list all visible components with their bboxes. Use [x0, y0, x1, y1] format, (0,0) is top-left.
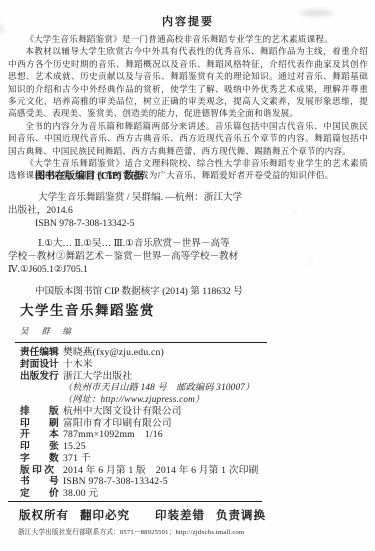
- cip-title-line: 出版社，2014.6: [8, 204, 367, 217]
- colophon-row: 封面设计十木米: [20, 359, 367, 371]
- row-value: 787mm×1092mm 1/16: [63, 429, 163, 441]
- colophon-rows: 责任编辑樊晓燕(fxy@zju.edu.cn) 封面设计十木米 出版发行浙江大学…: [20, 347, 367, 500]
- content-summary-section: 内容提要 《大学生音乐舞蹈鉴赏》是一门普通高校非音乐舞蹈专业学生的艺术素质课程。…: [8, 13, 368, 182]
- publisher-website: （网址：http://www.zjupress.com）: [63, 394, 204, 406]
- row-label: 排 版: [20, 406, 63, 418]
- scan-artifact: [0, 24, 3, 34]
- divider: [15, 342, 267, 343]
- colophon-row: 责任编辑樊晓燕(fxy@zju.edu.cn): [20, 347, 367, 359]
- row-label: 版 印 次: [20, 465, 63, 477]
- summary-title: 内容提要: [8, 13, 368, 29]
- summary-paragraph: 《大学生音乐舞蹈鉴赏》是一门普通高校非音乐舞蹈专业学生的艺术素质课程。: [8, 33, 368, 45]
- colophon-row: （杭州市天目山路 148 号 邮政编码 310007）: [20, 382, 367, 394]
- colophon-row: 版 印 次2014 年 6 月第 1 版 2014 年 6 月第 1 次印刷: [20, 465, 367, 477]
- publisher-address: （杭州市天目山路 148 号 邮政编码 310007）: [63, 382, 254, 394]
- row-value: 2014 年 6 月第 1 版 2014 年 6 月第 1 次印刷: [63, 465, 259, 477]
- row-value: 富阳市育才印刷有限公司: [63, 418, 172, 430]
- row-label: 字 数: [20, 453, 63, 465]
- publisher-contact: 浙江大学出版社发行部联系方式：0571－88925591；http://zjdx…: [8, 526, 367, 536]
- row-value: 371 千: [63, 453, 91, 465]
- row-value: 十木米: [63, 359, 93, 371]
- row-value: 樊晓燕(fxy@zju.edu.cn): [63, 347, 164, 359]
- row-value: 浙江大学出版社: [63, 371, 132, 383]
- notice-item: 版权所有: [19, 510, 69, 522]
- row-label: 封面设计: [20, 359, 63, 371]
- colophon-row: 书 号ISBN 978-7-308-13342-5: [20, 476, 367, 488]
- row-value: 15.25: [63, 441, 86, 453]
- copyright-page: 内容提要 《大学生音乐舞蹈鉴赏》是一门普通高校非音乐舞蹈专业学生的艺术素质课程。…: [0, 0, 375, 551]
- cip-classification: Ⅳ.①J605.1②J705.1: [8, 263, 367, 276]
- copyright-notice: 版权所有翻印必究印装差错负责调换: [8, 507, 367, 523]
- colophon-row: （网址：http://www.zjupress.com）: [20, 394, 367, 406]
- notice-item: 印装差错: [155, 510, 205, 522]
- row-label: 书 号: [20, 476, 63, 488]
- cip-record-number: 中国版本图书馆 CIP 数据核字 (2014) 第 118632 号: [35, 285, 367, 298]
- colophon-row: 定 价38.00 元: [20, 488, 367, 500]
- book-title: 大学生音乐舞蹈鉴赏: [20, 301, 367, 320]
- cip-classification: Ⅰ.①大… Ⅱ.①吴… Ⅲ.①音乐欣赏－世界－高等: [38, 237, 367, 250]
- cip-section: 图书在版编目 (CIP) 数据 大学生音乐舞蹈鉴赏 / 吴群编. —杭州：浙江大…: [8, 170, 367, 298]
- colophon-row: 开 本787mm×1092mm 1/16: [20, 429, 367, 441]
- divider: [8, 501, 262, 502]
- colophon-section: 大学生音乐舞蹈鉴赏 吴 群 编 责任编辑樊晓燕(fxy@zju.edu.cn) …: [20, 301, 367, 500]
- cip-title-line: 大学生音乐舞蹈鉴赏 / 吴群编. —杭州：浙江大学: [38, 191, 367, 204]
- colophon-row: 排 版杭州中大图文设计有限公司: [20, 406, 367, 418]
- row-value: 杭州中大图文设计有限公司: [63, 406, 182, 418]
- row-label: 印 刷: [20, 418, 63, 430]
- row-label: [20, 394, 63, 406]
- colophon-row: 出版发行浙江大学出版社: [20, 371, 367, 383]
- summary-paragraph: 全书的内容分为音乐篇和舞蹈篇两部分来讲述。音乐篇包括中国古代音乐、中国民族民间音…: [8, 120, 368, 157]
- row-label: 印 张: [20, 441, 63, 453]
- colophon-row: 印 张15.25: [20, 441, 367, 453]
- row-label: 责任编辑: [20, 347, 63, 359]
- row-label: 开 本: [20, 429, 63, 441]
- row-label: [20, 382, 63, 394]
- cip-isbn: ISBN 978-7-308-13342-5: [35, 217, 367, 230]
- row-value: ISBN 978-7-308-13342-5: [63, 476, 168, 488]
- colophon-row: 字 数371 千: [20, 453, 367, 465]
- row-label: 定 价: [20, 488, 63, 500]
- summary-paragraph: 本教材以辅导大学生欣赏古今中外具有代表性的优秀音乐、舞蹈作品为主线，着重介绍中西…: [8, 45, 368, 119]
- colophon-row: 印 刷富阳市育才印刷有限公司: [20, 418, 367, 430]
- notice-item: 翻印必究: [80, 510, 130, 522]
- notice-item: 负责调换: [216, 510, 266, 522]
- footer-section: 版权所有翻印必究印装差错负责调换 浙江大学出版社发行部联系方式：0571－889…: [8, 501, 367, 536]
- row-value: 38.00 元: [63, 488, 98, 500]
- cip-heading: 图书在版编目 (CIP) 数据: [35, 170, 367, 183]
- row-label: 出版发行: [20, 371, 63, 383]
- cip-classification: 学校－教材②舞蹈艺术－鉴赏－世界－高等学校－教材: [8, 250, 367, 263]
- editor-name: 吴 群 编: [20, 325, 367, 337]
